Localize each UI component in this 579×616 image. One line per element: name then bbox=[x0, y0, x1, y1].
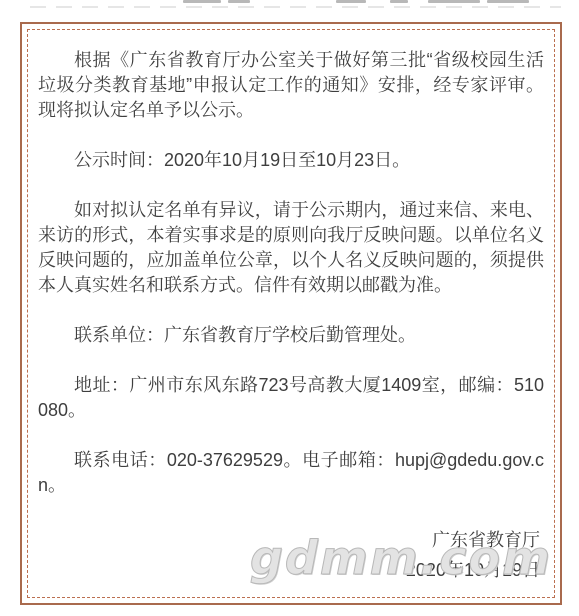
notice-paragraph-address: 地址：广州市东风东路723号高教大厦1409室，邮编：510080。 bbox=[38, 373, 544, 423]
page: 根据《广东省教育厅办公室关于做好第三批“省级校园生活垃圾分类教育基地”申报认定工… bbox=[0, 0, 579, 616]
signature-block: 广东省教育厅 2020年10月19日 bbox=[38, 528, 544, 583]
text-fragment bbox=[428, 0, 480, 3]
notice-dashed-border: 根据《广东省教育厅办公室关于做好第三批“省级校园生活垃圾分类教育基地”申报认定工… bbox=[27, 29, 555, 598]
cropped-text-remnant bbox=[0, 0, 579, 11]
text-fragment bbox=[336, 0, 366, 3]
cropped-underline-remnant bbox=[30, 6, 561, 8]
notice-paragraph-contact-unit: 联系单位：广东省教育厅学校后勤管理处。 bbox=[38, 323, 544, 348]
notice-outer-border: 根据《广东省教育厅办公室关于做好第三批“省级校园生活垃圾分类教育基地”申报认定工… bbox=[20, 22, 562, 605]
notice-body: 根据《广东省教育厅办公室关于做好第三批“省级校园生活垃圾分类教育基地”申报认定工… bbox=[28, 30, 554, 597]
notice-paragraph-objection: 如对拟认定名单有异议，请于公示期内，通过来信、来电、来访的形式，本着实事求是的原… bbox=[38, 198, 544, 298]
text-fragment bbox=[183, 0, 221, 3]
notice-paragraph-intro: 根据《广东省教育厅办公室关于做好第三批“省级校园生活垃圾分类教育基地”申报认定工… bbox=[38, 48, 544, 123]
notice-paragraph-publicity-period: 公示时间：2020年10月19日至10月23日。 bbox=[38, 148, 544, 173]
notice-paragraph-phone-email: 联系电话：020-37629529。电子邮箱：hupj@gdedu.gov.cn… bbox=[38, 448, 544, 498]
text-fragment bbox=[390, 0, 408, 3]
signature-issuer: 广东省教育厅 bbox=[38, 528, 540, 553]
signature-date: 2020年10月19日 bbox=[38, 558, 540, 583]
text-fragment bbox=[487, 0, 529, 3]
text-fragment bbox=[228, 0, 250, 3]
